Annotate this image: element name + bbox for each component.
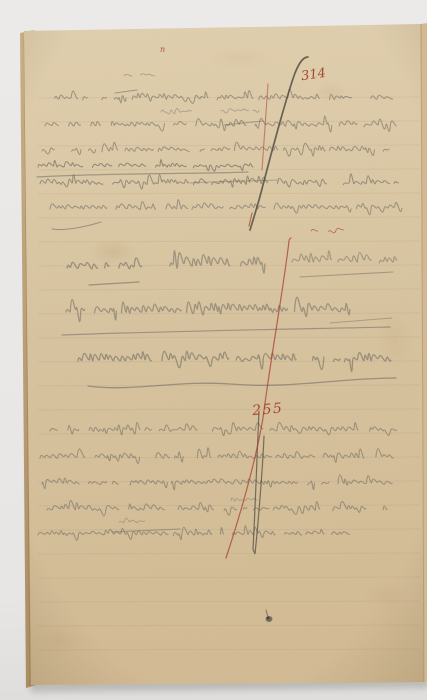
- notebook-page-photo: 314 255 n: [0, 0, 427, 700]
- paper-grain: [18, 18, 427, 690]
- manuscript-photo: 314 255 n: [0, 0, 427, 700]
